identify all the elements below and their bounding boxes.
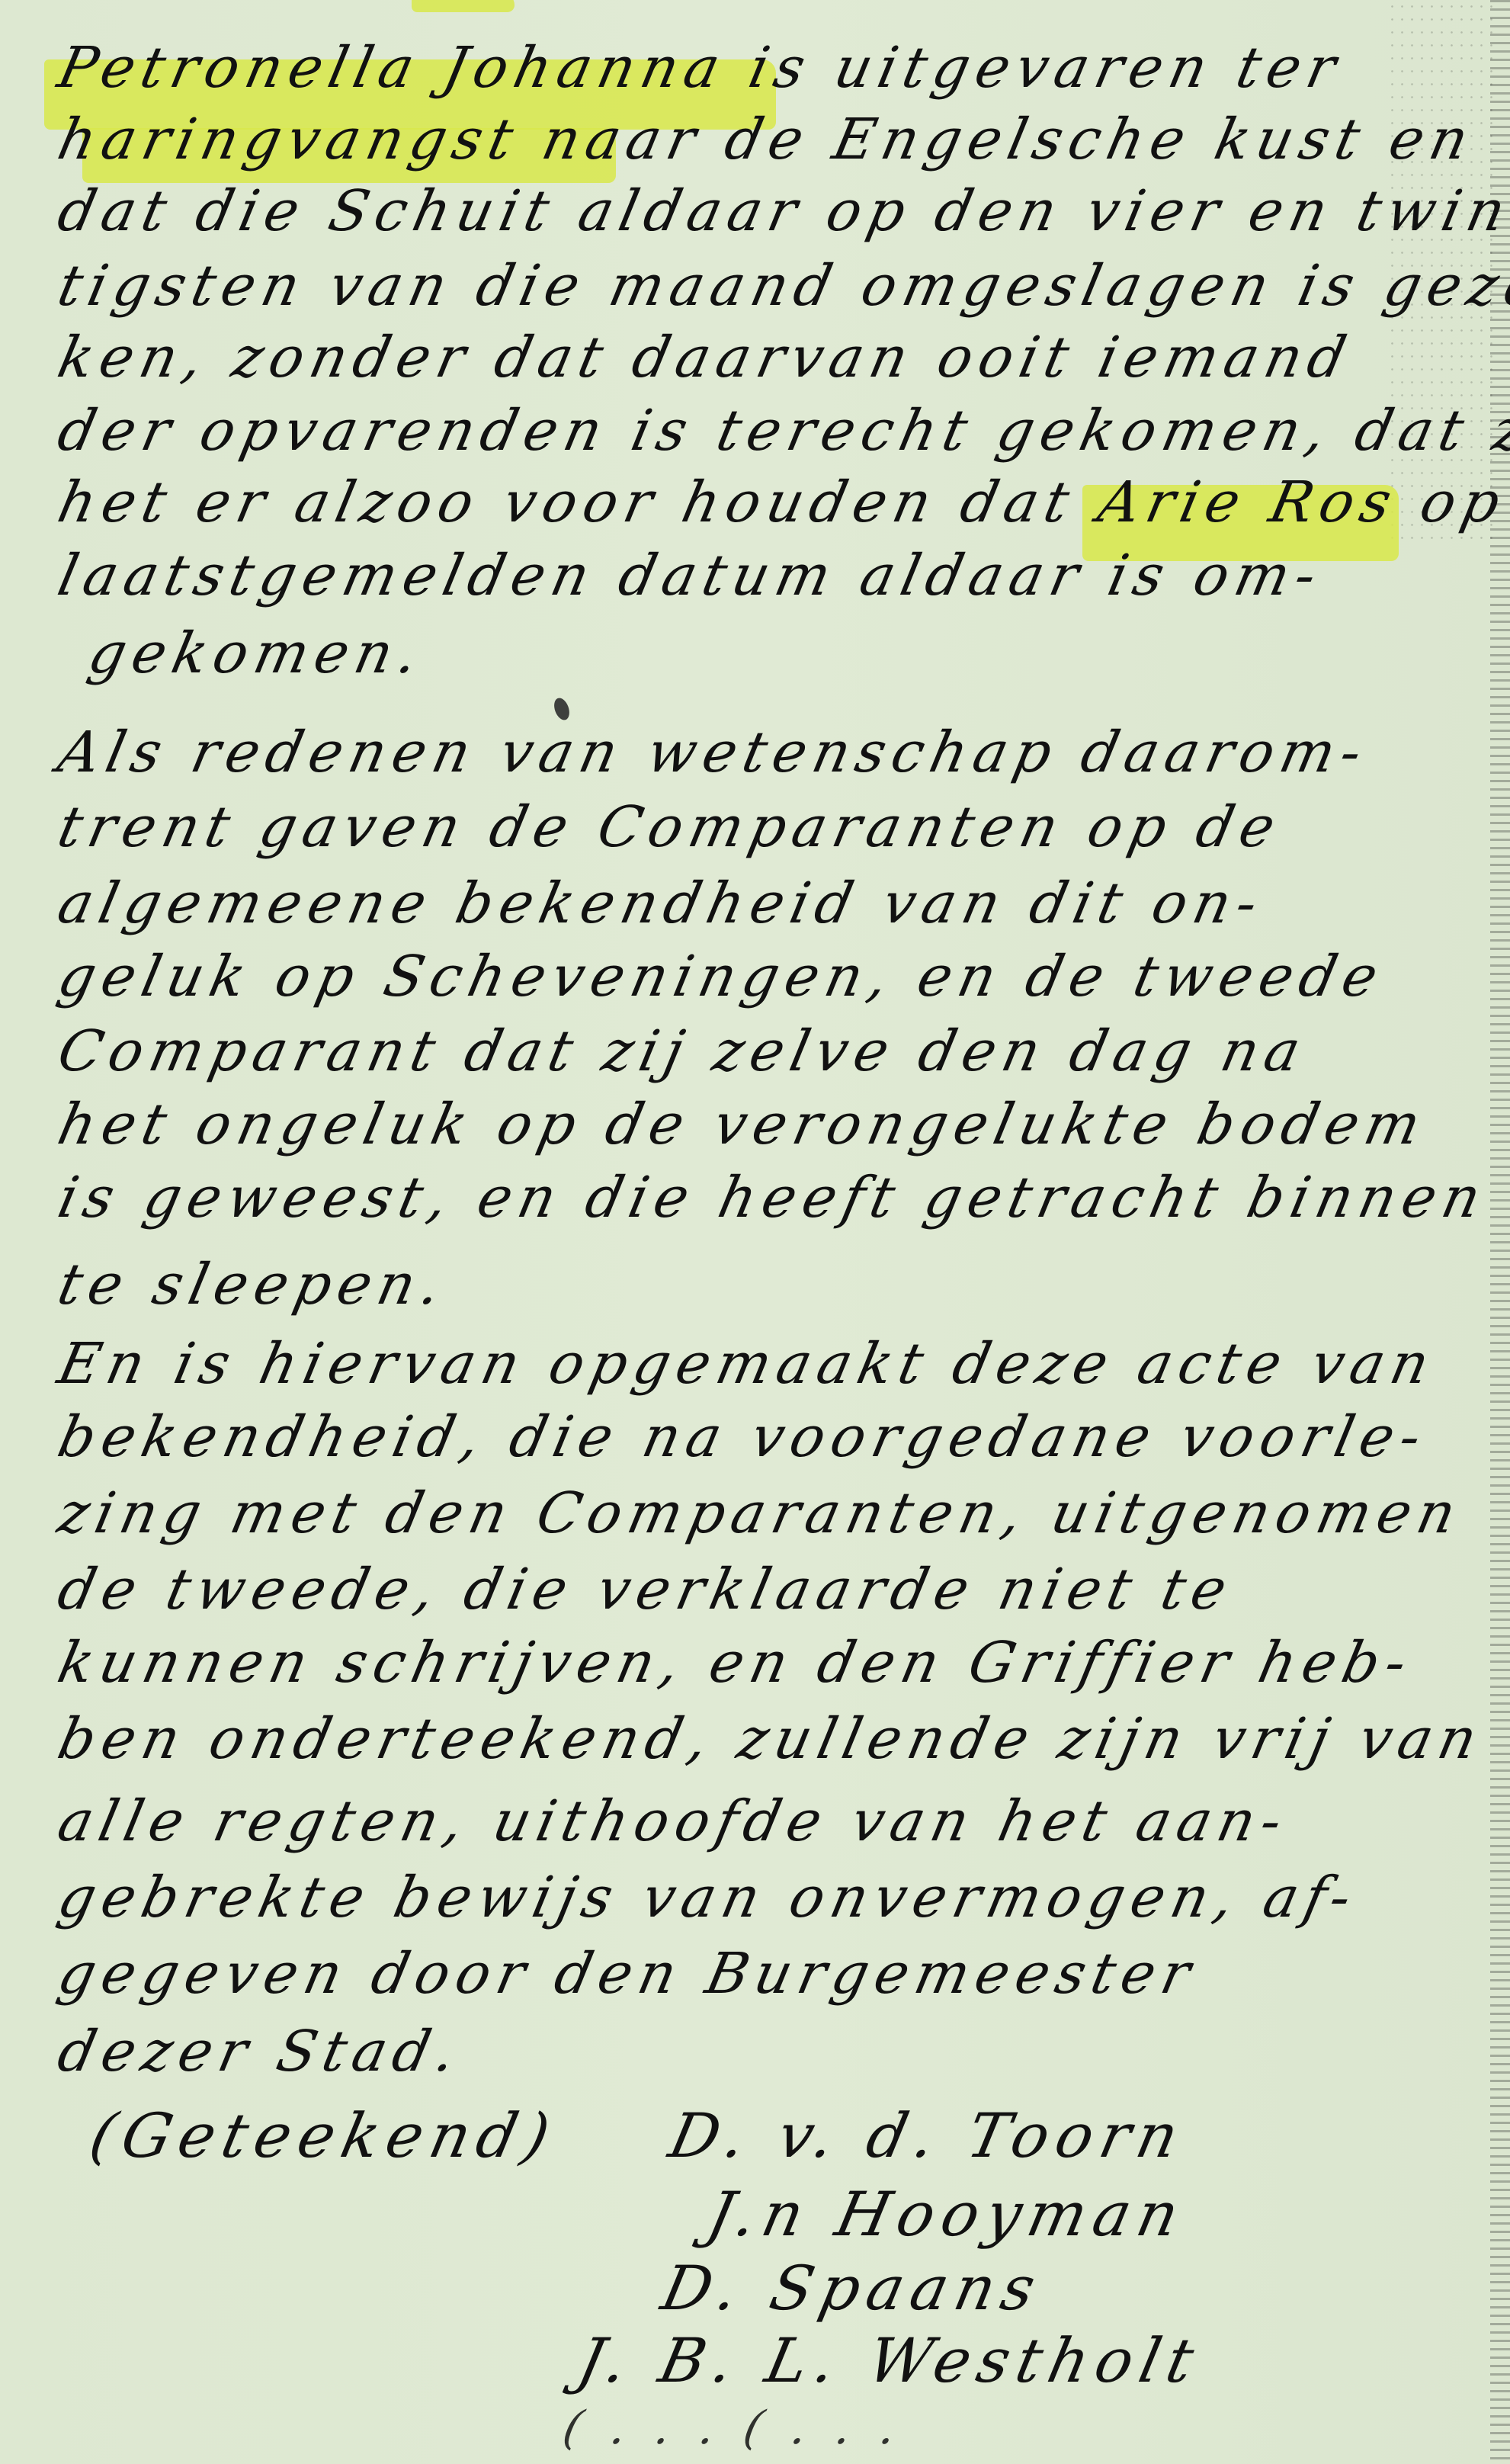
document-line-27: dezer Stad. <box>53 2023 467 2080</box>
line-text: op <box>1390 470 1510 535</box>
line-text: het er alzoo voor houden dat <box>53 470 1107 535</box>
document-page: Petronella Johanna is uitgevaren ter har… <box>0 0 1510 2464</box>
line-text: ben onderteekend, zullende zijn vrij van <box>53 1706 1489 1772</box>
line-text: dezer Stad. <box>53 2019 469 2084</box>
page-right-edge <box>1490 0 1510 2464</box>
line-text: algemeene bekendheid van dit on- <box>53 871 1270 936</box>
line-text: alle regten, uithoofde van het aan- <box>53 1789 1294 1854</box>
document-line-19: bekendheid, die na voorgedane voorle- <box>53 1409 1432 1465</box>
line-text: dat die Schuit aldaar op den vier en twi… <box>53 178 1510 244</box>
line-text: Als redenen van wetenschap daarom- <box>53 720 1374 785</box>
highlighted-term: haringvangst <box>53 107 526 172</box>
document-line-25: gebrekte bewijs van onvermogen, af- <box>53 1869 1363 1926</box>
line-text: Comparant dat zij zelve den dag na <box>53 1019 1313 1084</box>
line-text: geluk op Scheveningen, en de tweede <box>53 944 1390 1009</box>
signature-westholt: J. B. L. Westholt <box>572 2325 1207 2396</box>
document-line-4: tigsten van die maand omgeslagen is gezo… <box>53 258 1510 314</box>
line-text: trent gaven de Comparanten op de <box>53 794 1287 860</box>
highlight-mark-top-fragment <box>412 0 515 12</box>
line-text: is uitgevaren ter <box>719 35 1348 101</box>
line-text: bekendheid, die na voorgedane voorle- <box>53 1404 1434 1470</box>
document-line-14: Comparant dat zij zelve den dag na <box>53 1023 1312 1080</box>
signed-label: (Geteekend) <box>84 2100 563 2171</box>
document-line-12: algemeene bekendheid van dit on- <box>53 875 1269 932</box>
document-line-3: dat die Schuit aldaar op den vier en twi… <box>53 183 1510 239</box>
signature-spaans: D. Spaans <box>656 2253 1049 2324</box>
cut-off-line: ( . . . ( . . . <box>559 2401 909 2455</box>
line-text: is geweest, en die heeft getracht binnen <box>53 1165 1493 1230</box>
document-line-21: de tweede, die verklaarde niet te <box>53 1561 1238 1618</box>
document-line-23: ben onderteekend, zullende zijn vrij van <box>53 1711 1489 1767</box>
line-text: kunnen schrijven, en den Griffier heb- <box>53 1630 1419 1696</box>
document-line-15: het ongeluk op de verongelukte bodem <box>53 1096 1431 1153</box>
document-line-5: ken, zonder dat daarvan ooit iemand <box>53 329 1358 386</box>
highlighted-name: Petronella Johanna <box>53 35 733 101</box>
document-line-9: gekomen. <box>84 625 429 682</box>
line-text: gegeven door den Burgemeester <box>53 1941 1203 2007</box>
document-line-26: gegeven door den Burgemeester <box>53 1946 1202 2002</box>
document-line-11: trent gaven de Comparanten op de <box>53 799 1287 855</box>
line-text: naar de Engelsche kust en <box>511 107 1480 172</box>
line-text: de tweede, die verklaarde niet te <box>53 1557 1239 1622</box>
document-line-6: der opvarenden is terecht gekomen, dat z… <box>53 403 1510 459</box>
signature-toorn: D. v. d. Toorn <box>663 2100 1192 2171</box>
line-text: gekomen. <box>83 621 431 686</box>
document-line-10: Als redenen van wetenschap daarom- <box>53 724 1374 781</box>
document-line-8: laatstgemelden datum aldaar is om- <box>53 547 1328 604</box>
line-text: het ongeluk op de verongelukte bodem <box>53 1092 1433 1157</box>
highlighted-name: Arie Ros <box>1092 470 1403 535</box>
line-text: laatstgemelden datum aldaar is om- <box>53 543 1329 608</box>
document-line-1: Petronella Johanna is uitgevaren ter <box>53 40 1348 96</box>
document-line-16: is geweest, en die heeft getracht binnen <box>53 1169 1492 1226</box>
signature-hooyman: J.n Hooyman <box>701 2179 1192 2250</box>
line-text: gebrekte bewijs van onvermogen, af- <box>53 1865 1364 1930</box>
line-text: tigsten van die maand omgeslagen is gezo… <box>53 253 1510 319</box>
document-line-13: geluk op Scheveningen, en de tweede <box>53 948 1390 1005</box>
document-line-24: alle regten, uithoofde van het aan- <box>53 1793 1294 1850</box>
document-line-20: zing met den Comparanten, uitgenomen <box>53 1485 1467 1542</box>
line-text: En is hiervan opgemaakt deze acte van <box>53 1331 1442 1397</box>
document-line-22: kunnen schrijven, en den Griffier heb- <box>53 1635 1418 1691</box>
line-text: zing met den Comparanten, uitgenomen <box>53 1481 1468 1546</box>
document-line-7: het er alzoo voor houden dat Arie Ros op <box>53 474 1510 531</box>
document-line-17: te sleepen. <box>53 1256 452 1313</box>
line-text: der opvarenden is terecht gekomen, dat z… <box>53 398 1510 464</box>
ink-blot <box>551 696 572 722</box>
document-line-2: haringvangst naar de Engelsche kust en <box>53 111 1480 168</box>
document-line-18: En is hiervan opgemaakt deze acte van <box>53 1336 1441 1392</box>
line-text: te sleepen. <box>53 1252 454 1317</box>
line-text: ken, zonder dat daarvan ooit iemand <box>53 325 1359 390</box>
